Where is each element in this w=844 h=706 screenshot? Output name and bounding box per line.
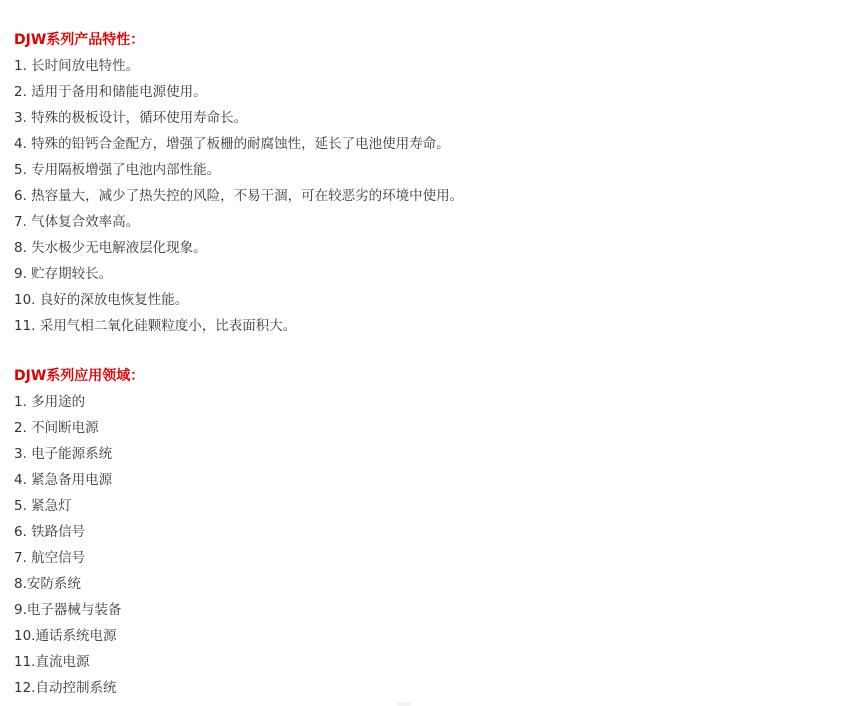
feature-item: 9. 贮存期较长。 (14, 261, 834, 287)
feature-item: 10. 良好的深放电恢复性能。 (14, 287, 834, 313)
application-item: 8.安防系统 (14, 571, 834, 597)
features-list: 1. 长时间放电特性。 2. 适用于备用和储能电源使用。 3. 特殊的极板设计，… (14, 53, 834, 339)
features-title: DJW系列产品特性： (14, 27, 834, 53)
faint-artifact (397, 702, 411, 706)
application-item: 12.自动控制系统 (14, 675, 834, 701)
feature-item: 7. 气体复合效率高。 (14, 209, 834, 235)
document-body: DJW系列产品特性： 1. 长时间放电特性。 2. 适用于备用和储能电源使用。 … (14, 27, 834, 701)
applications-title: DJW系列应用领域： (14, 363, 834, 389)
application-item: 3. 电子能源系统 (14, 441, 834, 467)
applications-list: 1. 多用途的 2. 不间断电源 3. 电子能源系统 4. 紧急备用电源 5. … (14, 389, 834, 701)
section-spacer (14, 339, 834, 363)
application-item: 2. 不间断电源 (14, 415, 834, 441)
application-item: 9.电子器械与装备 (14, 597, 834, 623)
application-item: 11.直流电源 (14, 649, 834, 675)
feature-item: 5. 专用隔板增强了电池内部性能。 (14, 157, 834, 183)
application-item: 4. 紧急备用电源 (14, 467, 834, 493)
feature-item: 2. 适用于备用和储能电源使用。 (14, 79, 834, 105)
feature-item: 1. 长时间放电特性。 (14, 53, 834, 79)
application-item: 5. 紧急灯 (14, 493, 834, 519)
feature-item: 4. 特殊的铅钙合金配方，增强了板栅的耐腐蚀性，延长了电池使用寿命。 (14, 131, 834, 157)
feature-item: 6. 热容量大，减少了热失控的风险，不易干涸，可在较恶劣的环境中使用。 (14, 183, 834, 209)
feature-item: 3. 特殊的极板设计，循环使用寿命长。 (14, 105, 834, 131)
application-item: 10.通话系统电源 (14, 623, 834, 649)
application-item: 1. 多用途的 (14, 389, 834, 415)
application-item: 7. 航空信号 (14, 545, 834, 571)
feature-item: 8. 失水极少无电解液层化现象。 (14, 235, 834, 261)
application-item: 6. 铁路信号 (14, 519, 834, 545)
feature-item: 11. 采用气相二氧化硅颗粒度小，比表面积大。 (14, 313, 834, 339)
